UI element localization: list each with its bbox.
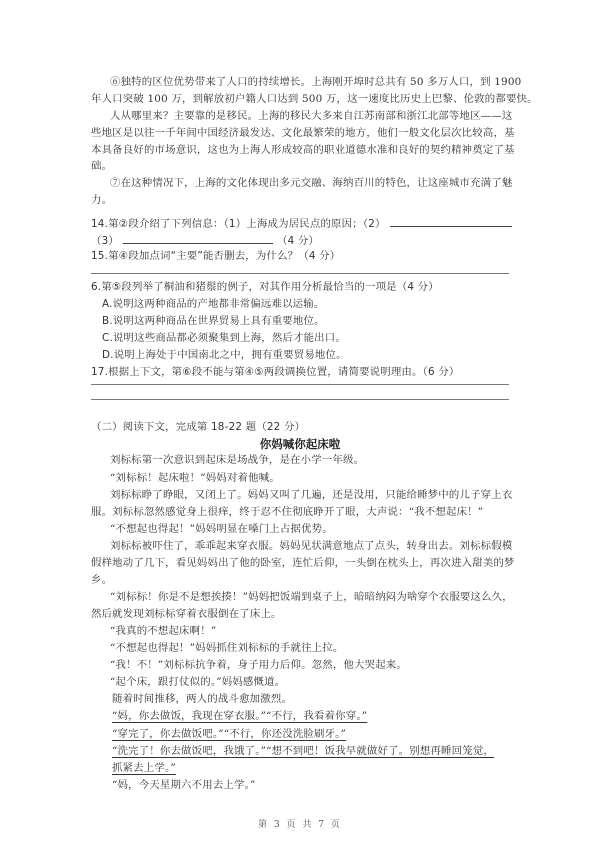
story-line: “不想起也得起！”妈妈抓住刘标标的手就往上拉。 xyxy=(110,640,530,656)
story-line: 然后就发现刘标标穿着衣服倒在了床上。 xyxy=(91,606,511,622)
question-16-option-c[interactable]: C.说明这些商品都必须聚集到上海，然后才能出口。 xyxy=(102,330,522,346)
answer-line-q15[interactable] xyxy=(91,273,509,274)
question-17: 17.根据上下文，第⑥段不能与第④⑤两段调换位置，请简要说明理由。（6 分） xyxy=(91,364,511,380)
story-line: “起个床，跟打仗似的。”妈妈感慨道。 xyxy=(110,674,530,690)
answer-blank-2[interactable] xyxy=(390,215,512,227)
question-14-line-2: （3）（4 分） xyxy=(91,232,511,249)
underlined-dialogue-line: 抓紧去上学。” xyxy=(112,760,532,776)
underlined-dialogue-line: “穿完了，你去做饭吧。”“不行，你还没洗脸刷牙。” xyxy=(112,726,532,742)
story-line: “我真的不想起床啊！” xyxy=(110,623,530,639)
answer-blank-3[interactable] xyxy=(123,232,273,244)
story-line: 假样地动了几下，看见妈妈出了他的卧室，连忙后仰，一头倒在枕头上，再次进入甜美的梦 xyxy=(91,555,511,571)
story-line: “不想起也得起！”妈妈明显在嗓门上占据优势。 xyxy=(110,521,530,537)
question-14-item-3: （3） xyxy=(91,235,119,247)
story-line: 随着时间推移，两人的战斗愈加激烈。 xyxy=(112,691,532,707)
paragraph-6b-line-1: 人从哪里来？主要靠的是移民。上海的移民大多来自江苏南部和浙江北部等地区——这 xyxy=(110,108,530,124)
story-line: 服。刘标标忽然感觉身上很痒，终于忍不住彻底睁开了眼，大声说：“我不想起床！” xyxy=(91,504,511,520)
story-line: “刘标标！起床啦！”妈妈对着他喊。 xyxy=(110,470,530,486)
answer-line-q17-1[interactable] xyxy=(91,384,509,385)
paragraph-6-line-1: ⑥独特的区位优势带来了人口的持续增长。上海刚开埠时总共有 50 多万人口，到 1… xyxy=(110,74,530,90)
answer-line-q17-2[interactable] xyxy=(91,399,509,400)
paragraph-6-line-2: 年人口突破 100 万，到解放初户籍人口达到 500 万，这一速度比历史上巴黎、… xyxy=(91,91,511,107)
underlined-dialogue-line: “妈，你去做饭，我现在穿衣服。”“不行，我看着你穿。” xyxy=(112,708,532,724)
paragraph-6b-line-3: 本具备良好的市场意识，这也为上海人形成较高的职业道德水准和良好的契约精神奠定了基 xyxy=(91,142,511,158)
paragraph-6b-line-2: 些地区是以往一千年间中国经济最发达、文化最繁荣的地方，他们一般文化层次比较高，基 xyxy=(91,125,511,141)
page-indicator: 第 3 页 共 7 页 xyxy=(0,817,600,830)
story-line: “妈，今天星期六不用去上学。” xyxy=(112,777,532,793)
story-line: 乡。 xyxy=(91,572,511,588)
story-line: 刘标标第一次意识到起床是场战争，是在小学一年级。 xyxy=(110,452,530,468)
paragraph-6b-line-4: 础。 xyxy=(91,158,511,174)
exam-page: ⑥独特的区位优势带来了人口的持续增长。上海刚开埠时总共有 50 多万人口，到 1… xyxy=(0,0,600,848)
section-heading: （二）阅读下文，完成第 18-22 题（22 分） xyxy=(91,419,511,435)
question-15: 15.第④段加点词“主要”能否删去，为什么？（4 分） xyxy=(91,248,511,264)
passage-title: 你妈喊你起床啦 xyxy=(0,436,600,452)
question-16-option-b[interactable]: B.说明这两种商品在世界贸易上具有重要地位。 xyxy=(102,313,522,329)
question-16: 6.第⑤段列举了桐油和猪鬃的例子，对其作用分析最恰当的一项是（4 分） xyxy=(91,279,511,295)
question-16-option-d[interactable]: D.说明上海处于中国南北之中，拥有重要贸易地位。 xyxy=(102,347,522,363)
question-14-line-1: 14.第②段介绍了下列信息：（1）上海成为居民点的原因；（2） xyxy=(91,215,511,232)
story-line: 刘标标被吓住了，乖乖起来穿衣服。妈妈见状满意地点了点头，转身出去。刘标标假模 xyxy=(110,538,530,554)
underlined-dialogue-line: “洗完了！你去做饭吧，我饿了。”“想不到吧！饭我早就做好了。别想再睡回笼觉， xyxy=(112,743,532,759)
question-14-text: 14.第②段介绍了下列信息：（1）上海成为居民点的原因；（2） xyxy=(91,218,386,230)
story-line: “我！不！”刘标标抗争着，身子用力后仰。忽然，他大哭起来。 xyxy=(110,657,530,673)
question-16-option-a[interactable]: A.说明这两种商品的产地都非常偏远难以运输。 xyxy=(102,296,522,312)
paragraph-7-line-1: ⑦在这种情况下，上海的文化体现出多元交融、海纳百川的特色，让这座城市充满了魅 xyxy=(110,175,530,191)
story-line: 刘标标睁了睁眼，又闭上了。妈妈又叫了几遍，还是没用，只能给睡梦中的儿子穿上衣 xyxy=(110,487,530,503)
question-14-score: （4 分） xyxy=(277,235,319,247)
paragraph-7-line-2: 力。 xyxy=(91,192,511,208)
story-line: “刘标标！你是不是想挨揍！”妈妈把饭端到桌子上，暗暗纳闷为啥穿个衣服要这么久， xyxy=(110,589,530,605)
